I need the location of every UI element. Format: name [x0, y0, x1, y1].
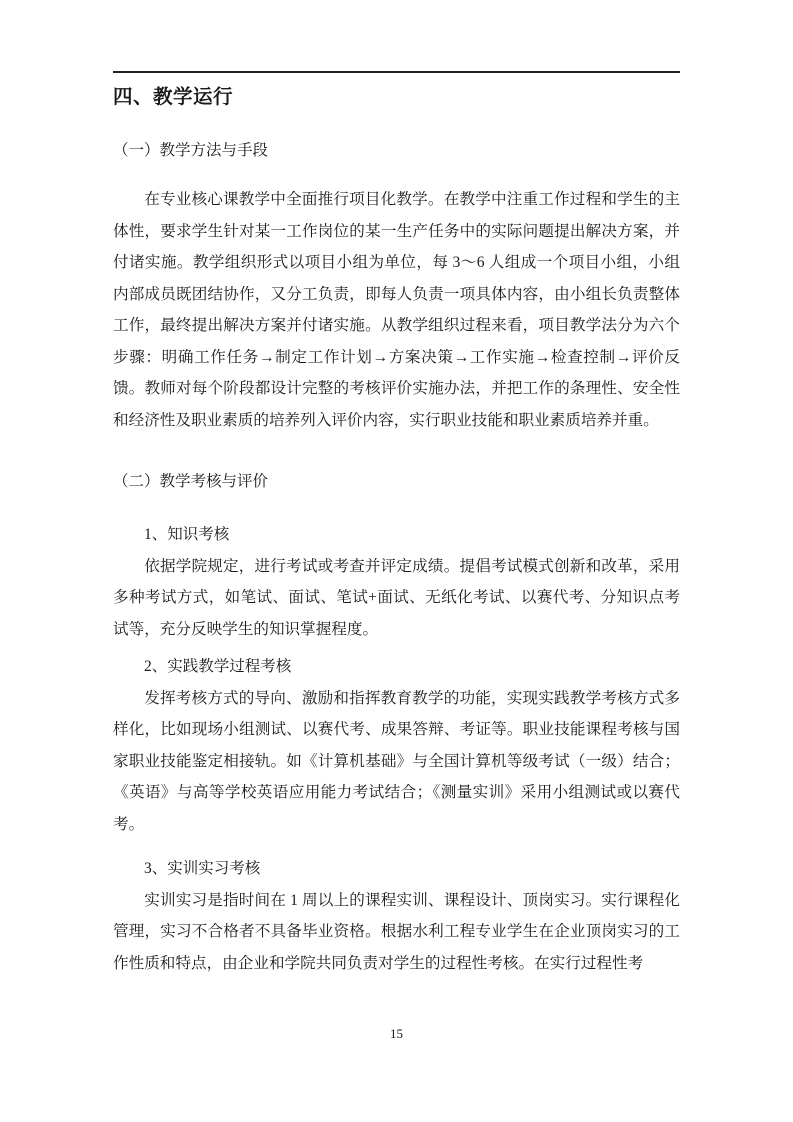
subsection-heading-teaching-methods: （一）教学方法与手段 — [113, 140, 680, 162]
numbered-heading-knowledge-assessment: 1、知识考核 — [113, 519, 680, 551]
page-number: 15 — [113, 1026, 680, 1042]
document-page: 四、教学运行 （一）教学方法与手段 在专业核心课教学中全面推行项目化教学。在教学… — [0, 0, 793, 1122]
numbered-heading-practice-assessment: 2、实践教学过程考核 — [113, 651, 680, 683]
paragraph-internship-assessment: 实训实习是指时间在 1 周以上的课程实训、课程设计、顶岗实习。实行课程化管理，实… — [113, 885, 680, 980]
paragraph-practice-assessment: 发挥考核方式的导向、激励和指挥教育教学的功能，实现实践教学考核方式多样化，比如现… — [113, 683, 680, 841]
numbered-heading-internship-assessment: 3、实训实习考核 — [113, 853, 680, 885]
paragraph-knowledge-assessment: 依据学院规定，进行考试或考查并评定成绩。提倡考试模式创新和改革，采用多种考试方式… — [113, 551, 680, 646]
page-title: 四、教学运行 — [113, 85, 680, 111]
header-rule — [113, 71, 680, 73]
subsection-heading-assessment: （二）教学考核与评价 — [113, 471, 680, 493]
paragraph-teaching-methods: 在专业核心课教学中全面推行项目化教学。在教学中注重工作过程和学生的主体性，要求学… — [113, 184, 680, 436]
